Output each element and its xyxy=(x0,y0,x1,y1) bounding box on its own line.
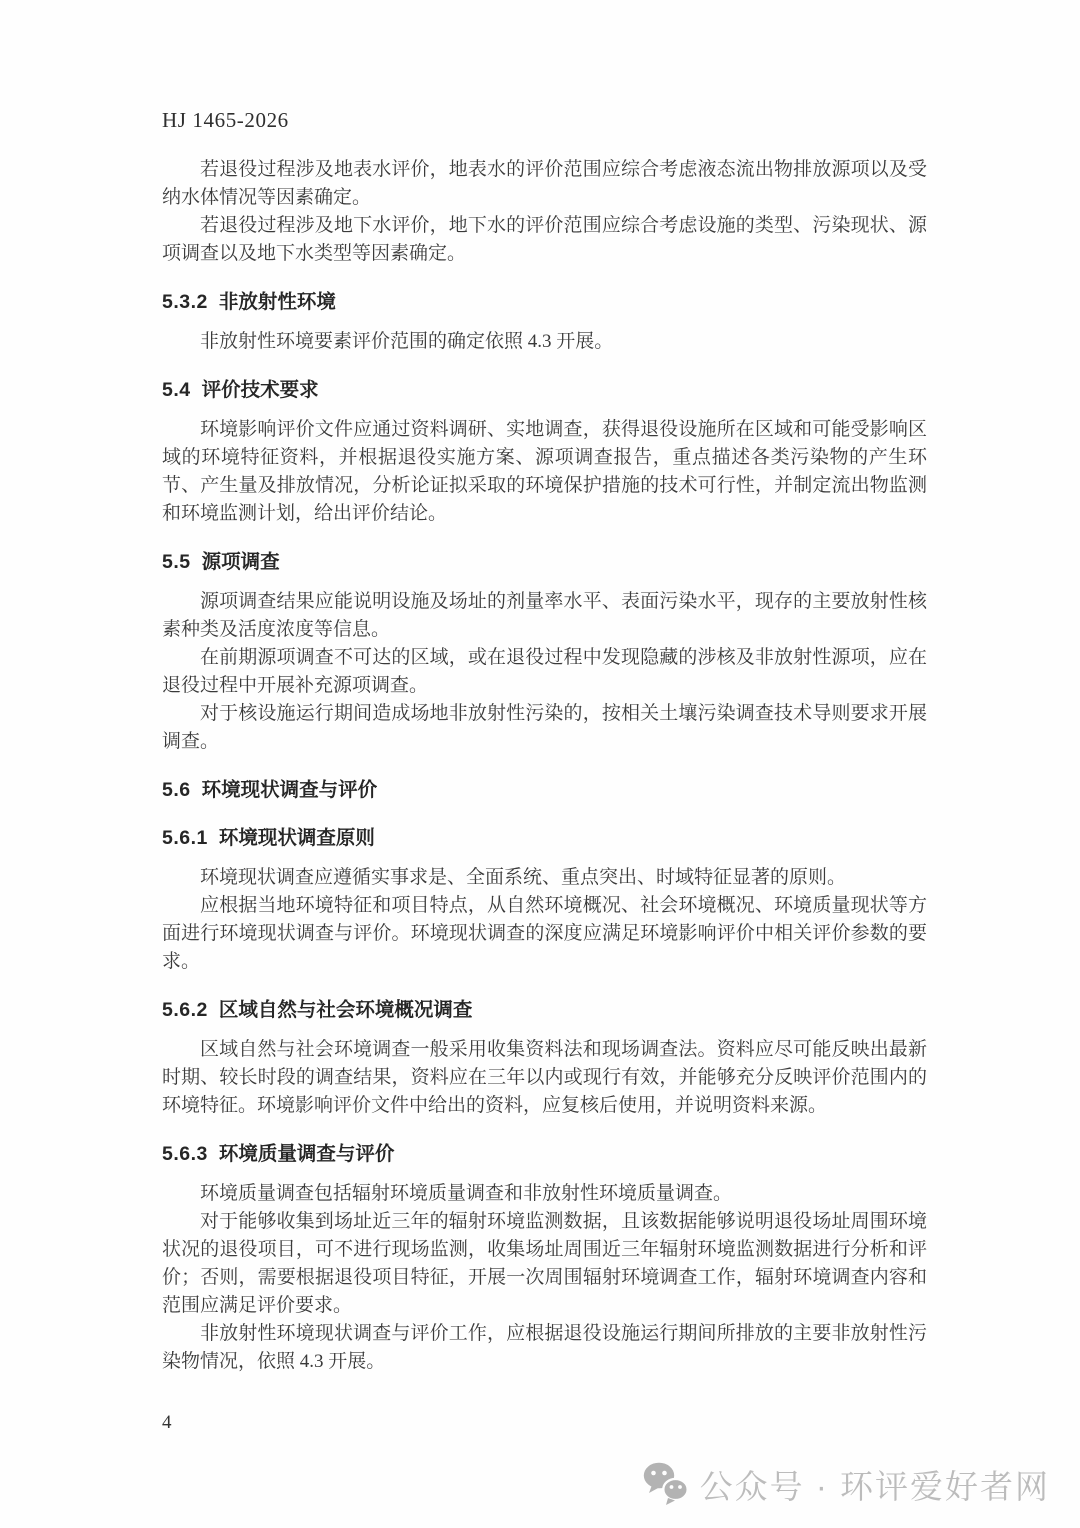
paragraph: 源项调查结果应能说明设施及场址的剂量率水平、表面污染水平，现存的主要放射性核素种… xyxy=(162,588,927,644)
paragraph: 对于核设施运行期间造成场地非放射性污染的，按相关土壤污染调查技术导则要求开展调查… xyxy=(162,700,927,756)
heading-number: 5.4 xyxy=(162,379,191,401)
heading-title: 环境现状调查与评价 xyxy=(202,779,378,801)
section-heading-5.6.1: 5.6.1环境现状调查原则 xyxy=(162,824,927,852)
heading-title: 环境现状调查原则 xyxy=(219,827,375,849)
paragraph: 若退役过程涉及地下水评价，地下水的评价范围应综合考虑设施的类型、污染现状、源项调… xyxy=(162,212,927,268)
document-page: HJ 1465-2026 若退役过程涉及地表水评价，地表水的评价范围应综合考虑液… xyxy=(0,0,1080,1528)
paragraph: 若退役过程涉及地表水评价，地表水的评价范围应综合考虑液态流出物排放源项以及受纳水… xyxy=(162,156,927,212)
document-body: 若退役过程涉及地表水评价，地表水的评价范围应综合考虑液态流出物排放源项以及受纳水… xyxy=(162,156,927,1376)
section-heading-5.6: 5.6环境现状调查与评价 xyxy=(162,776,927,804)
paragraph: 环境影响评价文件应通过资料调研、实地调查，获得退役设施所在区域和可能受影响区域的… xyxy=(162,416,927,528)
section-heading-5.3.2: 5.3.2非放射性环境 xyxy=(162,288,927,316)
paragraph: 在前期源项调查不可达的区域，或在退役过程中发现隐藏的涉核及非放射性源项，应在退役… xyxy=(162,644,927,700)
page-content-column: HJ 1465-2026 若退役过程涉及地表水评价，地表水的评价范围应综合考虑液… xyxy=(162,106,927,1437)
heading-title: 环境质量调查与评价 xyxy=(219,1143,395,1165)
section-heading-5.6.2: 5.6.2区域自然与社会环境概况调查 xyxy=(162,996,927,1024)
watermark: 公众号 · 环评爱好者网 xyxy=(643,1460,1050,1508)
heading-number: 5.6.1 xyxy=(162,827,208,849)
page-number: 4 xyxy=(162,1409,927,1437)
paragraph: 环境质量调查包括辐射环境质量调查和非放射性环境质量调查。 xyxy=(162,1180,927,1208)
paragraph: 应根据当地环境特征和项目特点，从自然环境概况、社会环境概况、环境质量现状等方面进… xyxy=(162,892,927,976)
heading-number: 5.5 xyxy=(162,551,191,573)
paragraph: 环境现状调查应遵循实事求是、全面系统、重点突出、时域特征显著的原则。 xyxy=(162,864,927,892)
heading-number: 5.3.2 xyxy=(162,291,208,313)
heading-title: 非放射性环境 xyxy=(219,291,336,313)
section-heading-5.5: 5.5源项调查 xyxy=(162,548,927,576)
paragraph: 非放射性环境要素评价范围的确定依照 4.3 开展。 xyxy=(162,328,927,356)
heading-number: 5.6 xyxy=(162,779,191,801)
heading-title: 区域自然与社会环境概况调查 xyxy=(219,999,473,1021)
section-heading-5.4: 5.4评价技术要求 xyxy=(162,376,927,404)
watermark-text: 公众号 · 环评爱好者网 xyxy=(700,1461,1050,1508)
heading-number: 5.6.3 xyxy=(162,1143,208,1165)
heading-title: 评价技术要求 xyxy=(202,379,319,401)
paragraph: 对于能够收集到场址近三年的辐射环境监测数据，且该数据能够说明退役场址周围环境状况… xyxy=(162,1208,927,1320)
paragraph: 非放射性环境现状调查与评价工作，应根据退役设施运行期间所排放的主要非放射性污染物… xyxy=(162,1320,927,1376)
heading-number: 5.6.2 xyxy=(162,999,208,1021)
wechat-icon xyxy=(643,1462,690,1506)
paragraph: 区域自然与社会环境调查一般采用收集资料法和现场调查法。资料应尽可能反映出最新时期… xyxy=(162,1036,927,1120)
heading-title: 源项调查 xyxy=(202,551,280,573)
standard-code: HJ 1465-2026 xyxy=(162,106,927,134)
section-heading-5.6.3: 5.6.3环境质量调查与评价 xyxy=(162,1140,927,1168)
